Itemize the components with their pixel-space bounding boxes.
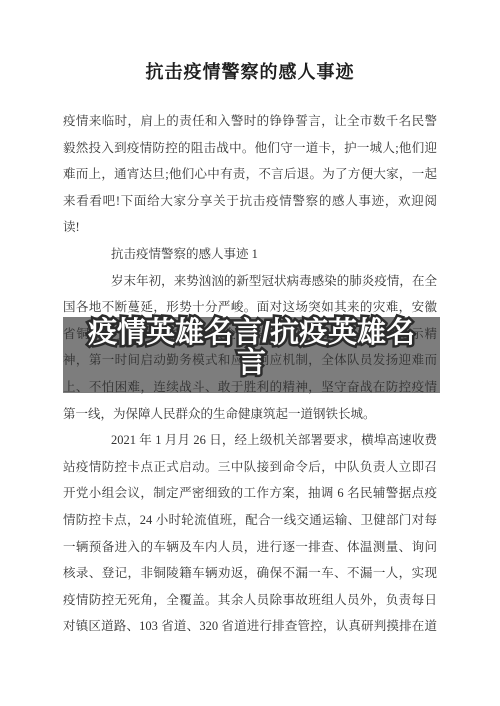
document-page: 抗击疫情警察的感人事迹 疫情来临时，肩上的责任和入警时的铮铮誓言，让全市数千名民… [0, 0, 500, 706]
document-line: 来看看吧!下面给大家分享关于抗击疫情警察的感人事迹，欢迎阅 [63, 188, 437, 215]
overlay-title-line2: 言 [63, 348, 440, 378]
document-line: 第一线，为保障人民群众的生命健康筑起一道钢铁长城。 [63, 401, 437, 428]
document-line: 对镇区道路、103 省道、320 省道进行排查管控，认真研判摸排在道 [63, 613, 437, 640]
document-line: 站疫情防控卡点正式启动。三中队接到命令后，中队负责人立即召 [63, 454, 437, 481]
document-line: 难而上，通宵达旦;他们心中有责，不言后退。为了方便大家，一起 [63, 161, 437, 188]
document-section-heading: 抗击疫情警察的感人事迹 1 [63, 241, 437, 268]
document-line: 开党小组会议，制定严密细致的工作方案，抽调 6 名民辅警据点疫 [63, 480, 437, 507]
document-line: 读! [63, 214, 437, 241]
document-line: 岁末年初，来势汹汹的新型冠状病毒感染的肺炎疫情，在全 [63, 268, 437, 295]
document-line: 疫情来临时，肩上的责任和入警时的铮铮誓言，让全市数千名民警 [63, 108, 437, 135]
overlay-banner: 疫情英雄名言/抗疫英雄名 言 [63, 317, 440, 393]
overlay-title-line1: 疫情英雄名言/抗疫英雄名 [63, 318, 440, 348]
document-line: 核录、登记，非铜陵籍车辆劝返，确保不漏一车、不漏一人，实现 [63, 560, 437, 587]
document-line: 情防控卡点，24 小时轮流值班，配合一线交通运输、卫健部门对每 [63, 507, 437, 534]
document-title: 抗击疫情警察的感人事迹 [0, 58, 500, 84]
document-line: 疫情防控无死角，全覆盖。其余人员除事故班组人员外，负责每日 [63, 587, 437, 614]
overlay-title-text: 疫情英雄名言/抗疫英雄名 言 [63, 318, 440, 378]
document-line: 2021 年 1 月月 26 日，经上级机关部署要求，横埠高速收费 [63, 427, 437, 454]
document-line: 毅然投入到疫情防控的阻击战中。他们守一道卡，护一城人;他们迎 [63, 135, 437, 162]
document-line: 一辆预备进入的车辆及车内人员，进行逐一排查、体温测量、询问 [63, 534, 437, 561]
